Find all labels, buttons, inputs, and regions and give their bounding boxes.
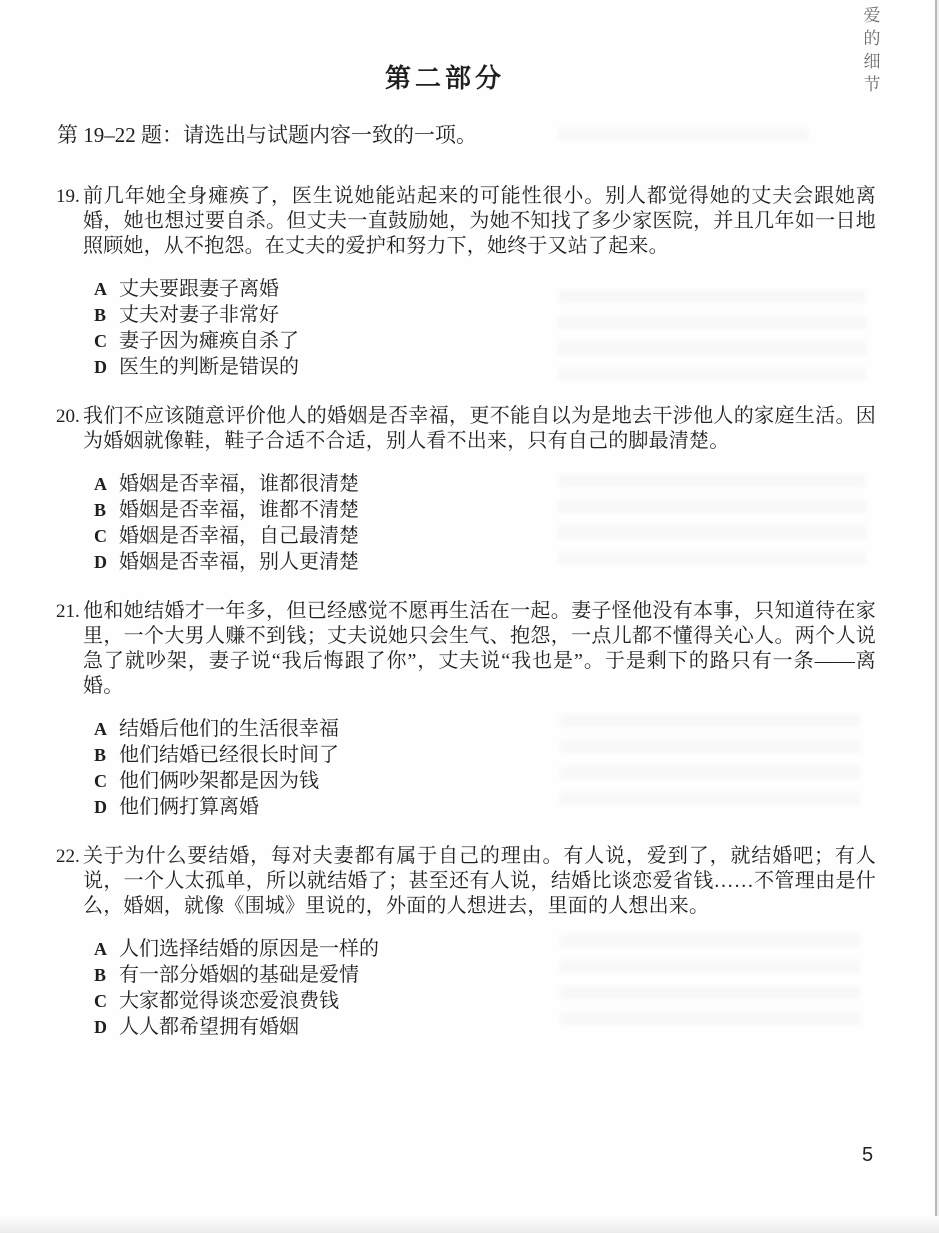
- question-number: 20.: [56, 404, 83, 575]
- option-d: D 人人都希望拥有婚姻: [94, 1014, 876, 1040]
- question-text: 前几年她全身瘫痪了，医生说她能站起来的可能性很小。别人都觉得她的丈夫会跟她离婚，…: [83, 184, 876, 259]
- option-a: A 婚姻是否幸福，谁都很清楚: [94, 471, 876, 497]
- question-text: 他和她结婚才一年多，但已经感觉不愿再生活在一起。妻子怪他没有本事，只知道待在家里…: [83, 599, 876, 699]
- question-body: 前几年她全身瘫痪了，医生说她能站起来的可能性很小。别人都觉得她的丈夫会跟她离婚，…: [83, 184, 876, 380]
- option-label: A: [94, 716, 119, 742]
- question-body: 他和她结婚才一年多，但已经感觉不愿再生活在一起。妻子怪他没有本事，只知道待在家里…: [83, 599, 876, 820]
- option-b: B 有一部分婚姻的基础是爱情: [94, 962, 876, 988]
- option-label: C: [94, 523, 119, 549]
- caption-char: 的: [861, 29, 883, 49]
- options-list: A 婚姻是否幸福，谁都很清楚 B 婚姻是否幸福，谁都不清楚 C 婚姻是否幸福，自…: [94, 471, 876, 575]
- question-19: 19. 前几年她全身瘫痪了，医生说她能站起来的可能性很小。别人都觉得她的丈夫会跟…: [56, 184, 876, 380]
- option-text: 婚姻是否幸福，自己最清楚: [119, 523, 359, 549]
- option-label: B: [94, 302, 119, 328]
- option-label: C: [94, 328, 119, 354]
- option-c: C 妻子因为瘫痪自杀了: [94, 328, 876, 354]
- option-label: B: [94, 742, 119, 768]
- option-label: C: [94, 988, 119, 1014]
- instruction-line: 第 19–22 题：请选出与试题内容一致的一项。: [57, 121, 477, 149]
- option-text: 丈夫要跟妻子离婚: [119, 276, 279, 302]
- option-text: 结婚后他们的生活很幸福: [119, 716, 339, 742]
- question-body: 关于为什么要结婚，每对夫妻都有属于自己的理由。有人说，爱到了，就结婚吧；有人说，…: [83, 844, 876, 1040]
- option-text: 丈夫对妻子非常好: [119, 302, 279, 328]
- option-d: D 婚姻是否幸福，别人更清楚: [94, 549, 876, 575]
- option-b: B 丈夫对妻子非常好: [94, 302, 876, 328]
- options-list: A 丈夫要跟妻子离婚 B 丈夫对妻子非常好 C 妻子因为瘫痪自杀了 D 医生的判…: [94, 276, 876, 380]
- option-text: 大家都觉得谈恋爱浪费钱: [119, 988, 339, 1014]
- question-number: 21.: [56, 599, 83, 820]
- option-text: 人们选择结婚的原因是一样的: [119, 936, 379, 962]
- scanned-textbook-page: 爱 的 细 节 第二部分 第 19–22 题：请选出与试题内容一致的一项。 19…: [0, 0, 939, 1233]
- section-title: 第二部分: [0, 58, 890, 95]
- question-list: 19. 前几年她全身瘫痪了，医生说她能站起来的可能性很小。别人都觉得她的丈夫会跟…: [56, 184, 876, 1064]
- option-a: A 结婚后他们的生活很幸福: [94, 716, 876, 742]
- option-label: C: [94, 768, 119, 794]
- option-d: D 他们俩打算离婚: [94, 794, 876, 820]
- option-label: B: [94, 497, 119, 523]
- option-label: B: [94, 962, 119, 988]
- question-22: 22. 关于为什么要结婚，每对夫妻都有属于自己的理由。有人说，爱到了，就结婚吧；…: [56, 844, 876, 1040]
- option-label: D: [94, 1014, 119, 1040]
- option-text: 医生的判断是错误的: [119, 354, 299, 380]
- option-text: 婚姻是否幸福，谁都很清楚: [119, 471, 359, 497]
- option-label: A: [94, 471, 119, 497]
- options-list: A 人们选择结婚的原因是一样的 B 有一部分婚姻的基础是爱情 C 大家都觉得谈恋…: [94, 936, 876, 1040]
- option-text: 他们俩打算离婚: [119, 794, 259, 820]
- option-b: B 婚姻是否幸福，谁都不清楚: [94, 497, 876, 523]
- option-label: A: [94, 936, 119, 962]
- option-b: B 他们结婚已经很长时间了: [94, 742, 876, 768]
- option-c: C 婚姻是否幸福，自己最清楚: [94, 523, 876, 549]
- option-label: D: [94, 549, 119, 575]
- page-edge-bottom: [0, 1216, 939, 1233]
- page-number: 5: [862, 1144, 873, 1167]
- caption-char: 爱: [861, 6, 883, 26]
- option-c: C 大家都觉得谈恋爱浪费钱: [94, 988, 876, 1014]
- bleed-through-artifact: [558, 128, 808, 152]
- option-text: 有一部分婚姻的基础是爱情: [119, 962, 359, 988]
- option-text: 人人都希望拥有婚姻: [119, 1014, 299, 1040]
- option-c: C 他们俩吵架都是因为钱: [94, 768, 876, 794]
- option-label: A: [94, 276, 119, 302]
- question-text: 我们不应该随意评价他人的婚姻是否幸福，更不能自以为是地去干涉他人的家庭生活。因为…: [83, 404, 876, 454]
- option-label: D: [94, 354, 119, 380]
- option-text: 他们俩吵架都是因为钱: [119, 768, 319, 794]
- question-body: 我们不应该随意评价他人的婚姻是否幸福，更不能自以为是地去干涉他人的家庭生活。因为…: [83, 404, 876, 575]
- options-list: A 结婚后他们的生活很幸福 B 他们结婚已经很长时间了 C 他们俩吵架都是因为钱…: [94, 716, 876, 820]
- option-d: D 医生的判断是错误的: [94, 354, 876, 380]
- option-label: D: [94, 794, 119, 820]
- option-a: A 丈夫要跟妻子离婚: [94, 276, 876, 302]
- option-text: 婚姻是否幸福，别人更清楚: [119, 549, 359, 575]
- option-text: 妻子因为瘫痪自杀了: [119, 328, 299, 354]
- option-text: 婚姻是否幸福，谁都不清楚: [119, 497, 359, 523]
- question-21: 21. 他和她结婚才一年多，但已经感觉不愿再生活在一起。妻子怪他没有本事，只知道…: [56, 599, 876, 820]
- option-text: 他们结婚已经很长时间了: [119, 742, 339, 768]
- question-20: 20. 我们不应该随意评价他人的婚姻是否幸福，更不能自以为是地去干涉他人的家庭生…: [56, 404, 876, 575]
- question-number: 19.: [56, 184, 83, 380]
- question-number: 22.: [56, 844, 83, 1040]
- question-text: 关于为什么要结婚，每对夫妻都有属于自己的理由。有人说，爱到了，就结婚吧；有人说，…: [83, 844, 876, 919]
- option-a: A 人们选择结婚的原因是一样的: [94, 936, 876, 962]
